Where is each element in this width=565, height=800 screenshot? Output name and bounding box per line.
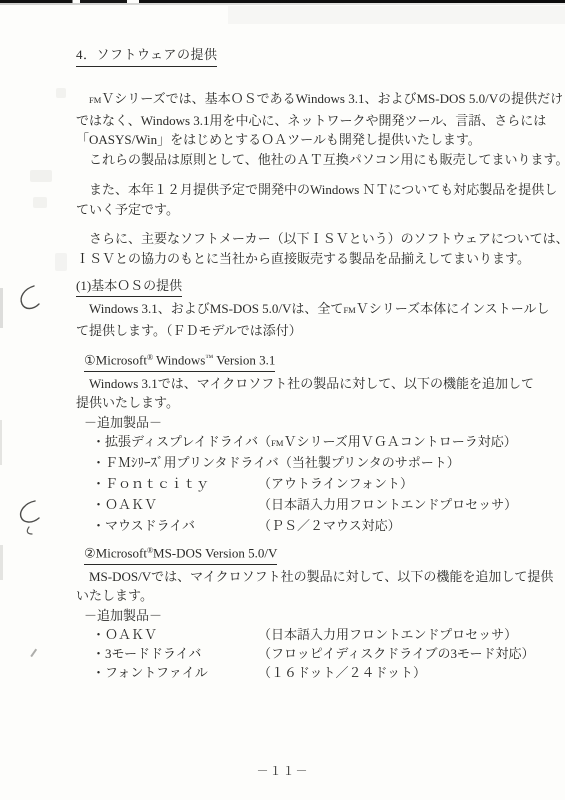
body-line: ＩＳＶとの協力のもとに当社から直接販売する製品を品揃えしてまいります。: [76, 249, 515, 269]
body-line: ではなく、Windows 3.1用を中心に、ネットワークや開発ツール、言語、さら…: [76, 111, 515, 131]
body-line: て提供します。（ＦＤモデルでは添付）: [76, 321, 515, 341]
fmv-small-caps: FM: [89, 95, 101, 105]
product-list-windows: ・拡張ディスプレイドライバ （FMＶシリーズ用ＶＧＡコントローラ対応） ・ＦＭｼ…: [92, 432, 515, 537]
pen-mark-upper: [18, 284, 42, 312]
pen-mark-lower: [18, 500, 44, 536]
product-name: ・マウスドライバ: [92, 516, 258, 537]
page-title: 4．ソフトウェアの提供: [76, 46, 515, 67]
product-desc: （日本語入力用フロントエンドプロセッサ）: [258, 625, 517, 644]
body-line: 「OASYS/Win」をはじめとするＯＡツールも開発し提供いたします。: [76, 130, 515, 150]
page-title-text: 4．ソフトウェアの提供: [76, 46, 217, 67]
fmv-small-caps: FM: [343, 305, 355, 315]
section-heading-basic-os: (1)基本ＯＳの提供: [76, 277, 515, 297]
product-row: ・拡張ディスプレイドライバ （FMＶシリーズ用ＶＧＡコントローラ対応）: [92, 432, 515, 453]
isv-paragraph: さらに、主要なソフトメーカー（以下ＩＳＶという）のソフトウェアについては、 ＩＳ…: [76, 229, 515, 268]
product-desc: （ＰＳ／２マウス対応）: [258, 516, 401, 537]
body-line: また、本年１２月提供予定で開発中のWindows ＮＴについても対応製品を提供し: [76, 180, 515, 200]
product-row: ・ＯＡＫＶ （日本語入力用フロントエンドプロセッサ）: [92, 625, 515, 644]
scan-smudge: [55, 253, 67, 271]
circled-number-2: ②: [84, 546, 96, 561]
product-row: ・ＯＡＫＶ （日本語入力用フロントエンドプロセッサ）: [92, 495, 515, 516]
product-list-msdos: ・ＯＡＫＶ （日本語入力用フロントエンドプロセッサ） ・3モードドライバ （フロ…: [92, 625, 515, 682]
scan-smudge: [56, 88, 66, 98]
scanned-document-page: 4．ソフトウェアの提供 FMＶシリーズでは、基本ＯＳであるWindows 3.1…: [0, 0, 565, 800]
product-name: ・ＯＡＫＶ: [92, 625, 258, 644]
scan-wash: [228, 6, 565, 24]
body-line: FMＶシリーズでは、基本ＯＳであるWindows 3.1、およびMS-DOS 5…: [76, 89, 515, 111]
body-line: これらの製品は原則として、他社のＡＴ互換パソコン用にも販売してまいります。: [76, 150, 515, 170]
body-line: ていく予定です。: [76, 200, 515, 220]
body-line: いたします。: [76, 586, 515, 606]
scan-top-edge-shadow: [0, 3, 565, 5]
subsection-heading-windows: ①Microsoft® Windows™ Version 3.1: [84, 349, 515, 372]
product-name: ・フォントファイル: [92, 663, 258, 682]
product-row: ・Ｆｏｎｔｃｉｔｙ （アウトラインフォント）: [92, 474, 515, 495]
subsection-heading-msdos: ②Microsoft®MS-DOS Version 5.0/V: [84, 542, 515, 565]
scan-tick-mark: [30, 649, 36, 657]
body-line: Windows 3.1では、マイクロソフト社の製品に対して、以下の機能を追加して: [76, 374, 515, 394]
circled-number-1: ①: [84, 353, 96, 368]
fmv-small-caps: FM: [271, 438, 283, 448]
trademark-mark: ™: [205, 353, 213, 362]
product-row: ・フォントファイル （１６ドット／２４ドット）: [92, 663, 515, 682]
page-number: －１１－: [0, 762, 565, 779]
product-desc: （１６ドット／２４ドット）: [258, 663, 426, 682]
product-desc: （アウトラインフォント）: [258, 474, 413, 495]
scan-edge-mark: [0, 545, 3, 580]
product-name: ・3モードドライバ: [92, 644, 258, 663]
product-desc: （フロッピイディスクドライブの3モード対応）: [258, 644, 535, 663]
body-line: 提供いたします。: [76, 393, 515, 413]
product-name: ・ＯＡＫＶ: [92, 495, 258, 516]
body-line: MS-DOS/Vでは、マイクロソフト社の製品に対して、以下の機能を追加して提供: [76, 567, 515, 587]
body-line: さらに、主要なソフトメーカー（以下ＩＳＶという）のソフトウェアについては、: [76, 229, 515, 249]
added-products-label: －追加製品－: [84, 413, 515, 433]
product-row: ・3モードドライバ （フロッピイディスクドライブの3モード対応）: [92, 644, 515, 663]
scan-smudge: [33, 197, 47, 208]
product-name: ・Ｆｏｎｔｃｉｔｙ: [92, 474, 258, 495]
basic-os-paragraph: Windows 3.1、およびMS-DOS 5.0/Vは、全てFMＶシリーズ本体…: [76, 299, 515, 340]
product-name: ・ＦＭｼﾘｰｽﾞ用プリンタドライバ: [92, 453, 279, 474]
msdos-paragraph: MS-DOS/Vでは、マイクロソフト社の製品に対して、以下の機能を追加して提供 …: [76, 567, 515, 606]
product-row: ・ＦＭｼﾘｰｽﾞ用プリンタドライバ （当社製プリンタのサポート）: [92, 453, 515, 474]
windows-nt-paragraph: また、本年１２月提供予定で開発中のWindows ＮＴについても対応製品を提供し…: [76, 180, 515, 219]
windows-paragraph: Windows 3.1では、マイクロソフト社の製品に対して、以下の機能を追加して…: [76, 374, 515, 413]
product-desc: （当社製プリンタのサポート）: [279, 453, 460, 474]
scan-smudge: [30, 170, 52, 182]
scan-edge-mark: [0, 420, 2, 465]
product-desc: （FMＶシリーズ用ＶＧＡコントローラ対応）: [258, 432, 517, 453]
intro-paragraph: FMＶシリーズでは、基本ＯＳであるWindows 3.1、およびMS-DOS 5…: [76, 89, 515, 169]
added-products-label: －追加製品－: [84, 606, 515, 626]
product-desc: （日本語入力用フロントエンドプロセッサ）: [258, 495, 517, 516]
product-name: ・拡張ディスプレイドライバ: [92, 432, 258, 453]
body-line: Windows 3.1、およびMS-DOS 5.0/Vは、全てFMＶシリーズ本体…: [76, 299, 515, 321]
product-row: ・マウスドライバ （ＰＳ／２マウス対応）: [92, 516, 515, 537]
scan-edge-mark: [0, 288, 3, 328]
